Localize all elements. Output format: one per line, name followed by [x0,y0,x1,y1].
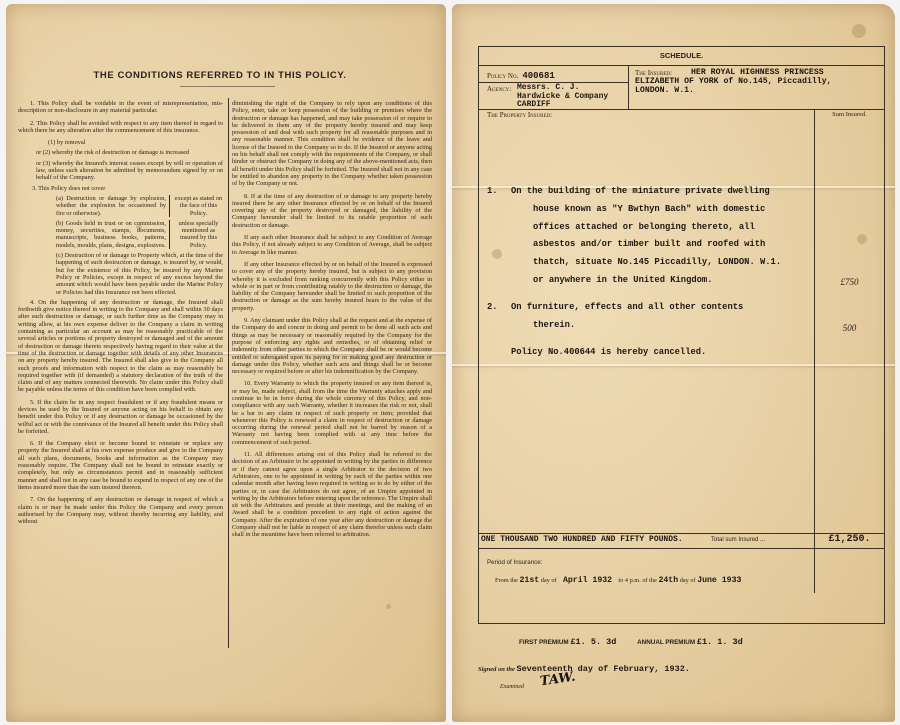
condition-8-average: If any such other Insurance shall be sub… [232,234,432,256]
item-line: thatch, situate No.145 Piccadilly, LONDO… [511,254,807,272]
conditions-column-2: diminishing the right of the Company to … [232,100,432,544]
insured-line-2: ELIZABETH OF YORK of No.145, Piccadilly, [635,77,878,86]
from-month-year: April 1932 [563,576,612,585]
condition-3b-text: (b) Goods held in trust or on commission… [56,220,170,249]
condition-7: 7. On the happening of any destruction o… [18,496,223,525]
policy-number: 400681 [522,71,554,81]
item-line: house known as "Y Bwthyn Bach" with dome… [511,201,807,219]
condition-3c: (c) Destruction of or damage to Property… [18,252,223,296]
column-divider [228,98,229,648]
day-of: day of [541,577,557,584]
from-prefix: From the [495,577,518,584]
policy-label: Policy No. [487,72,518,80]
item-line: or anywhere in the United Kingdom. [511,272,807,290]
item-number: 2. [487,299,511,335]
total-amount: £1,250. [815,534,884,545]
condition-1: 1. This Policy shall be voidable in the … [18,100,223,115]
insured-label: The Insured: [635,68,691,77]
condition-6: 6. If the Company elect or become bound … [18,440,223,491]
first-premium-value: £1. 5. 3d [570,637,616,647]
annual-premium-value: £1. 1. 3d [697,637,743,647]
item-line: On the building of the miniature private… [511,183,807,201]
item-line: therein. [511,317,807,335]
period-label: Period of Insurance: [487,559,542,566]
condition-8: 8. If at the time of any destruction of … [232,193,432,229]
first-premium-label: FIRST PREMIUM [519,639,569,646]
total-in-words: ONE THOUSAND TWO HUNDRED AND FIFTY POUND… [481,535,683,544]
condition-9: 9. Any claimant under this Policy shall … [232,317,432,375]
insured-cell: The Insured: HER ROYAL HIGHNESS PRINCESS… [629,65,884,109]
condition-3b-exception: unless specially mentioned as insured by… [170,220,223,249]
to-day-of: day of [680,577,696,584]
condition-10: 10. Every Warranty to which the property… [232,380,432,446]
condition-4: 4. On the happening of any destruction o… [18,299,223,394]
from-day: 21st [520,576,540,585]
insured-line-3: LONDON. W.1. [635,86,878,95]
signed-date: Seventeenth day of February, 1932. [516,664,689,674]
condition-5: 5. If the claim be in any respect fraudu… [18,399,223,435]
condition-7-continued: diminishing the right of the Company to … [232,100,432,188]
condition-2-iii: or (3) whereby the Insured's interest ce… [18,160,223,182]
sum-insured-header: Sum Insured. [815,111,884,118]
schedule-title: SCHEDULE. [479,47,884,66]
condition-3a: (a) Destruction or damage by explosion, … [18,195,223,217]
total-row: ONE THOUSAND TWO HUNDRED AND FIFTY POUND… [479,533,884,549]
cancellation-note: Policy No.400644 is hereby cancelled. [511,347,706,357]
condition-3: 3. This Policy does not cover [18,185,223,192]
item-line: On furniture, effects and all other cont… [511,299,807,317]
condition-11: 11. All differences arising out of this … [232,451,432,539]
insured-line-1: HER ROYAL HIGHNESS PRINCESS [691,68,824,77]
conditions-title: THE CONDITIONS REFERRED TO IN THIS POLIC… [0,70,440,81]
stain [852,24,866,38]
property-item-1: 1. On the building of the miniature priv… [487,183,807,290]
condition-3a-text: (a) Destruction or damage by explosion, … [56,195,170,217]
total-label: Total sum Insured ... [711,537,765,543]
condition-2: 2. This Policy shall be avoided with res… [18,120,223,135]
signed-prefix: Signed on the [478,666,515,673]
property-items: 1. On the building of the miniature priv… [487,183,807,334]
agency-label: Agency: [487,83,517,110]
period-of-insurance: From the 21st day of April 1932 to 4 p.m… [495,576,741,585]
condition-3b: (b) Goods held in trust or on commission… [18,220,223,249]
to-prefix: to 4 p.m. of the [618,577,656,584]
to-day: 24th [658,576,678,585]
property-item-2: 2. On furniture, effects and all other c… [487,299,807,335]
stain [386,604,391,609]
premiums: FIRST PREMIUM £1. 5. 3d ANNUAL PREMIUM £… [519,637,743,647]
to-month-year: June 1933 [697,576,741,585]
item-number: 1. [487,183,511,290]
property-insured-label: The Property Insured: [487,111,552,119]
condition-2-ii: or (2) whereby the risk of destruction o… [18,149,223,156]
item-line: asbestos and/or timber built and roofed … [511,236,807,254]
condition-3a-exception: except as stated on the face of this Pol… [170,195,223,217]
schedule-table: SCHEDULE. Policy No. 400681 Agency: Mess… [478,46,885,624]
item-line: offices attached or belonging thereto, a… [511,219,807,237]
conditions-column-1: 1. This Policy shall be voidable in the … [18,100,223,530]
policy-number-cell: Policy No. 400681 [479,65,629,83]
condition-2-i: (1) by removal [18,139,223,146]
item-2-amount: 500 [815,323,884,333]
examined-label: Examined [500,684,524,690]
sum-column-line [814,109,815,593]
title-rule [180,86,275,87]
signed-line: Signed on the Seventeenth day of Februar… [478,664,690,674]
item-1-amount: £750 [815,277,884,287]
agency-cell: Agency: Messrs. C. J. Hardwicke & Compan… [479,83,629,109]
annual-premium-label: ANNUAL PREMIUM [637,639,695,646]
row-separator [479,109,884,110]
condition-8-other-insurance: If any other Insurance effected by or on… [232,261,432,312]
